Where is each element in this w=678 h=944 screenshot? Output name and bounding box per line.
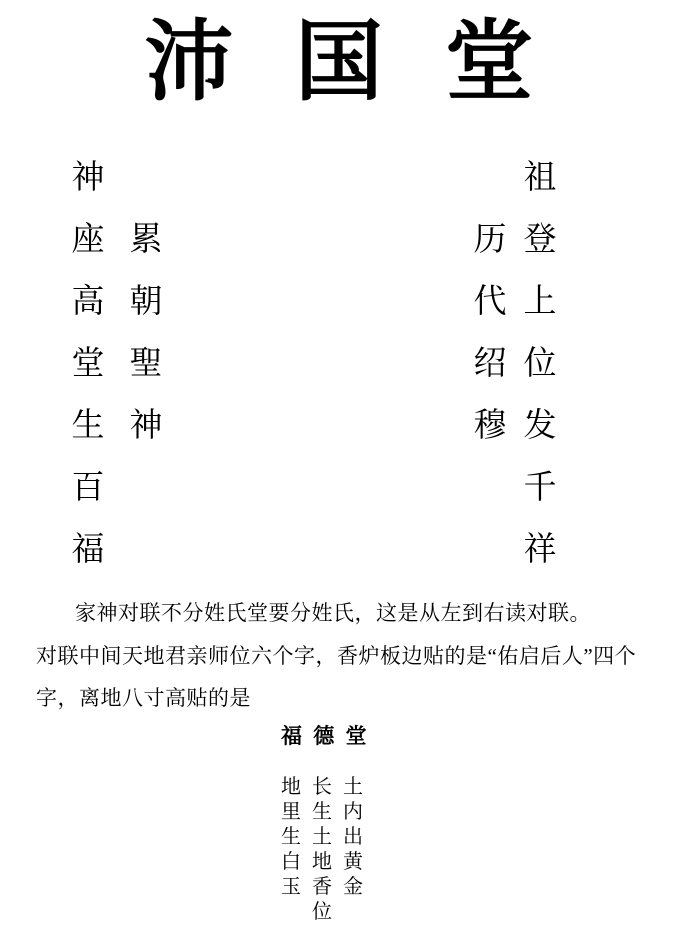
tablet-right-column: 土内出黄金 [342, 775, 364, 900]
column-char: 里 [280, 800, 302, 825]
couplet-right-inner-column: 历代绍穆 [470, 209, 510, 457]
column-char: 位 [520, 333, 560, 395]
column-char: 神 [126, 395, 166, 457]
column-char: 累 [126, 209, 166, 271]
column-char: 位 [311, 900, 333, 925]
couplet-right-outer-column: 祖登上位发千祥 [520, 147, 560, 581]
column-char: 内 [342, 800, 364, 825]
column-char: 福 [68, 519, 108, 581]
column-char: 土 [311, 825, 333, 850]
earth-god-tablet: 地里生白玉 长生土地香位 土内出黄金 [280, 775, 364, 925]
column-char: 土 [342, 775, 364, 800]
column-char: 上 [520, 271, 560, 333]
column-char: 生 [280, 825, 302, 850]
column-char: 千 [520, 457, 560, 519]
column-char: 祥 [520, 519, 560, 581]
tablet-left-column: 地里生白玉 [280, 775, 302, 900]
column-char: 朝 [126, 271, 166, 333]
column-char: 地 [280, 775, 302, 800]
column-char: 高 [68, 271, 108, 333]
column-char: 金 [342, 875, 364, 900]
couplet-left-outer-column: 神座高堂生百福 [68, 147, 108, 581]
column-char: 地 [311, 850, 333, 875]
column-char: 出 [342, 825, 364, 850]
column-char: 玉 [280, 875, 302, 900]
title-char-3: 堂 [445, 20, 533, 108]
column-char: 白 [280, 850, 302, 875]
page-title: 沛 国 堂 [0, 20, 678, 108]
column-char: 发 [520, 395, 560, 457]
column-char: 穆 [470, 395, 510, 457]
subheading-fu-de-tang: 福 德 堂 [281, 720, 370, 750]
paragraph-line-2: 对联中间天地君亲师位六个字，香炉板边贴的是“佑启后人”四个 [36, 643, 636, 670]
column-char: 聖 [126, 333, 166, 395]
column-char: 座 [68, 209, 108, 271]
column-char: 黄 [342, 850, 364, 875]
tablet-middle-column: 长生土地香位 [311, 775, 333, 925]
paragraph-line-3: 字，离地八寸高贴的是 [36, 685, 251, 712]
column-char: 代 [470, 271, 510, 333]
title-char-2: 国 [295, 20, 383, 108]
column-char: 历 [470, 209, 510, 271]
title-char-1: 沛 [145, 20, 233, 108]
column-char: 生 [311, 800, 333, 825]
column-char: 香 [311, 875, 333, 900]
column-char: 百 [68, 457, 108, 519]
column-char: 祖 [520, 147, 560, 209]
column-char: 长 [311, 775, 333, 800]
column-char: 登 [520, 209, 560, 271]
column-char: 绍 [470, 333, 510, 395]
column-char: 神 [68, 147, 108, 209]
column-char: 堂 [68, 333, 108, 395]
couplet-left-inner-column: 累朝聖神 [126, 209, 166, 457]
paragraph-line-1: 家神对联不分姓氏堂要分姓氏，这是从左到右读对联。 [75, 600, 591, 627]
document-page: 沛 国 堂 神座高堂生百福 累朝聖神 历代绍穆 祖登上位发千祥 家神对联不分姓氏… [0, 0, 678, 944]
column-char: 生 [68, 395, 108, 457]
